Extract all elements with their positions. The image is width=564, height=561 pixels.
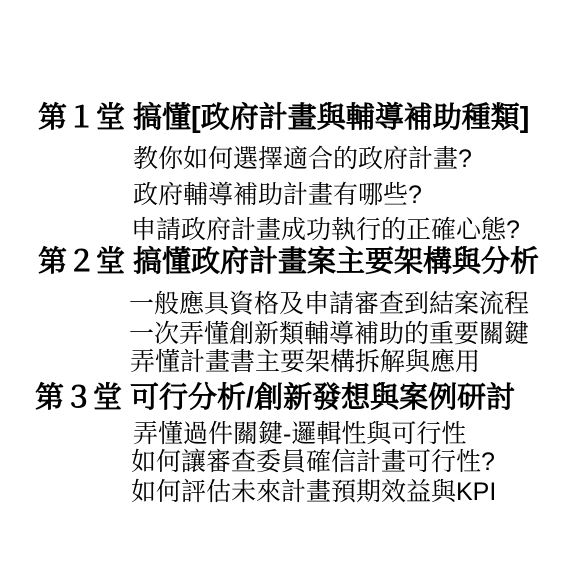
lesson-3-item-3: 如何評估未來計畫預期效益與KPI	[131, 479, 496, 507]
course-outline-page: 第１堂 搞懂[政府計畫與輔導補助種類] 教你如何選擇適合的政府計畫? 政府輔導補…	[0, 0, 564, 561]
lesson-1-title: 第１堂 搞懂[政府計畫與輔導補助種類]	[38, 103, 529, 135]
lesson-2-item-2: 一次弄懂創新類輔導補助的重要關鍵	[129, 321, 529, 349]
lesson-1-item-3: 申請政府計畫成功執行的正確心態?	[131, 217, 520, 245]
lesson-3-item-2: 如何讓審查委員確信計畫可行性?	[131, 449, 495, 477]
lesson-3-item-1: 弄懂過件關鍵-邏輯性與可行性	[133, 421, 466, 449]
lesson-1-item-1: 教你如何選擇適合的政府計畫?	[133, 146, 472, 174]
lesson-2-item-1: 一般應具資格及申請審查到結案流程	[129, 291, 529, 319]
lesson-2-title: 第２堂 搞懂政府計畫案主要架構與分析	[38, 247, 539, 279]
lesson-1-item-2: 政府輔導補助計畫有哪些?	[133, 182, 422, 210]
lesson-3-title: 第３堂 可行分析/創新發想與案例研討	[35, 383, 515, 415]
lesson-2-item-3: 弄懂計畫書主要架構拆解與應用	[130, 349, 480, 377]
